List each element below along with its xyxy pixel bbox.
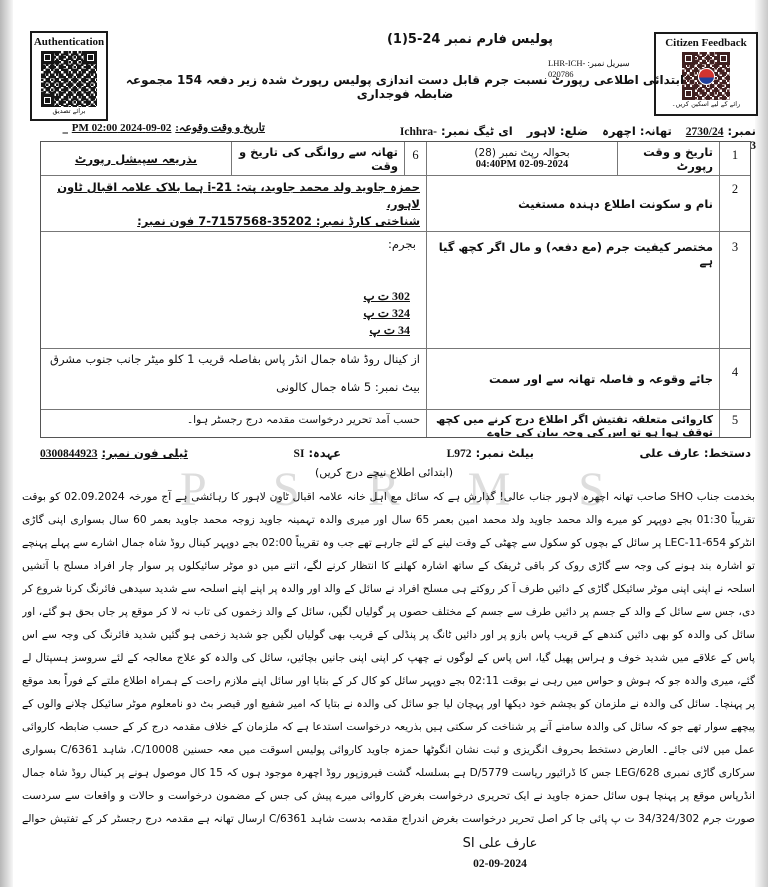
fir-body-text: بخدمت جناب SHO صاحب تھانہ اچھرہ لاہور جن… bbox=[22, 486, 755, 834]
qr-finder-icon bbox=[717, 52, 730, 65]
complainant-cnic-phone: شناختی کارڈ نمبر: 35202-7157568-7 فون نم… bbox=[47, 213, 420, 231]
row5-number: 5 bbox=[719, 410, 750, 437]
authentication-box: Authentication برائے تصدیق bbox=[30, 31, 108, 121]
signature-name: عارف علی SI bbox=[420, 836, 580, 851]
row2-value: حمزہ جاوید ولد محمد جاوید، پتہ: 21-i ہما… bbox=[41, 176, 426, 231]
row3-number: 3 bbox=[719, 232, 750, 348]
form-title: پولیس فارم نمبر 24-5(1) bbox=[200, 32, 740, 47]
authentication-qr-code bbox=[41, 51, 97, 107]
belt-number: بیلٹ نمبر: L972 bbox=[447, 446, 534, 460]
table-row-4: 4 جائے وقوعہ و فاصلہ تھانہ سے اور سمت از… bbox=[41, 348, 750, 409]
qr-finder-icon bbox=[682, 52, 695, 65]
occurrence-underscore: _ bbox=[62, 121, 68, 134]
occurrence-datetime: تاریخ و وقت وقوعہ: 02-09-2024 02:00 PM _ bbox=[30, 121, 265, 134]
penal-section: 324 ت پ bbox=[47, 306, 410, 321]
fir-table: 1 تاریخ و وقت رپورٹ بحوالہ رپٹ نمبر (28)… bbox=[40, 141, 751, 438]
row5-value: حسب آمد تحریر درخواست مقدمہ درج رجسٹر ہو… bbox=[41, 410, 426, 437]
row2-label: نام و سکونت اطلاع دہندہ مستغیث bbox=[426, 176, 719, 231]
table-row-3: 3 مختصر کیفیت جرم (مع دفعہ) و مال اگر کچ… bbox=[41, 231, 750, 348]
officer-rank: عہدہ: SI bbox=[294, 446, 341, 460]
row1-value: بحوالہ رپٹ نمبر (28) 02-09-2024 04:40PM bbox=[426, 142, 617, 175]
officer-phone: ٹیلی فون نمبر: 0300844923 bbox=[40, 446, 188, 460]
occurrence-datetime-label: تاریخ و وقت وقوعہ: bbox=[175, 122, 265, 134]
serial-number-label: سیریل نمبر: bbox=[587, 58, 629, 68]
occurrence-datetime-value: 02-09-2024 02:00 PM bbox=[72, 122, 172, 134]
police-station: تھانہ: اچھرہ bbox=[598, 124, 672, 138]
citizen-feedback-caption: رائے کے لیے اسکین کریں۔ bbox=[656, 101, 756, 108]
fir-number: نمبر: 2730/24 bbox=[682, 124, 756, 138]
penal-section: 34 ت پ bbox=[47, 323, 410, 338]
signature-date: 02-09-2024 bbox=[420, 858, 580, 870]
beat-number: بیٹ نمبر: 5 شاہ جمال کالونی bbox=[47, 380, 420, 394]
district: ضلع: لاہور bbox=[523, 124, 588, 138]
row4-value: از کینال روڈ شاہ جمال انڈر پاس بفاصلہ قر… bbox=[41, 349, 426, 409]
qr-finder-icon bbox=[41, 94, 54, 107]
punjab-police-logo-icon bbox=[698, 68, 715, 85]
table-row-5: 5 کاروائی متعلقہ تفتیش اگر اطلاع درج کرن… bbox=[41, 409, 750, 437]
row3-label: مختصر کیفیت جرم (مع دفعہ) و مال اگر کچھ … bbox=[426, 232, 719, 348]
row4-label: جائے وقوعہ و فاصلہ تھانہ سے اور سمت bbox=[426, 349, 719, 409]
officer-line: دستخط: عارف علی بیلٹ نمبر: L972 عہدہ: SI… bbox=[40, 446, 751, 460]
table-row-1-and-6: 1 تاریخ و وقت رپورٹ بحوالہ رپٹ نمبر (28)… bbox=[41, 142, 750, 175]
table-row-2: 2 نام و سکونت اطلاع دہندہ مستغیث حمزہ جا… bbox=[41, 175, 750, 231]
row6-value: بذریعہ سپیشل رپورٹ bbox=[41, 142, 231, 175]
crime-scene-location: از کینال روڈ شاہ جمال انڈر پاس بفاصلہ قر… bbox=[47, 352, 420, 366]
authentication-title: Authentication bbox=[32, 36, 106, 48]
form-subtitle: ابتدائی اطلاعی رپورٹ نسبت جرم قابل دست ا… bbox=[110, 73, 700, 101]
scan-edge-left bbox=[0, 0, 13, 887]
qr-finder-icon bbox=[84, 51, 97, 64]
signature-block: عارف علی SI 02-09-2024 bbox=[420, 836, 580, 870]
row2-number: 2 bbox=[719, 176, 750, 231]
penal-section: 302 ت پ bbox=[47, 289, 410, 304]
complainant-name-address: حمزہ جاوید ولد محمد جاوید، پتہ: 21-i ہما… bbox=[47, 179, 420, 213]
row4-number: 4 bbox=[719, 349, 750, 409]
authentication-caption: برائے تصدیق bbox=[32, 108, 106, 115]
offense-intro: بجرم: bbox=[47, 237, 416, 251]
row1-number: 1 bbox=[719, 142, 750, 175]
officer-signature: دستخط: عارف علی bbox=[640, 446, 751, 460]
report-reference: بحوالہ رپٹ نمبر (28) bbox=[433, 147, 611, 159]
row5-label: کاروائی متعلقہ تفتیش اگر اطلاع درج کرنے … bbox=[426, 410, 719, 437]
row6-label: تھانہ سے روانگی کی تاریخ و وقت bbox=[231, 142, 404, 175]
fir-scanned-page: { "page": { "auth_box": { "title": "Auth… bbox=[0, 0, 768, 887]
qr-finder-icon bbox=[41, 51, 54, 64]
initial-report-note: (ابتدائی اطلاع نیچے درج کریں) bbox=[0, 466, 768, 479]
row3-value: بجرم: 302 ت پ 324 ت پ 34 ت پ bbox=[41, 232, 426, 348]
row6-number: 6 bbox=[404, 142, 426, 175]
scan-edge-right bbox=[755, 0, 768, 887]
row1-label: تاریخ و وقت رپورٹ bbox=[617, 142, 719, 175]
report-datetime: 02-09-2024 04:40PM bbox=[433, 159, 611, 170]
